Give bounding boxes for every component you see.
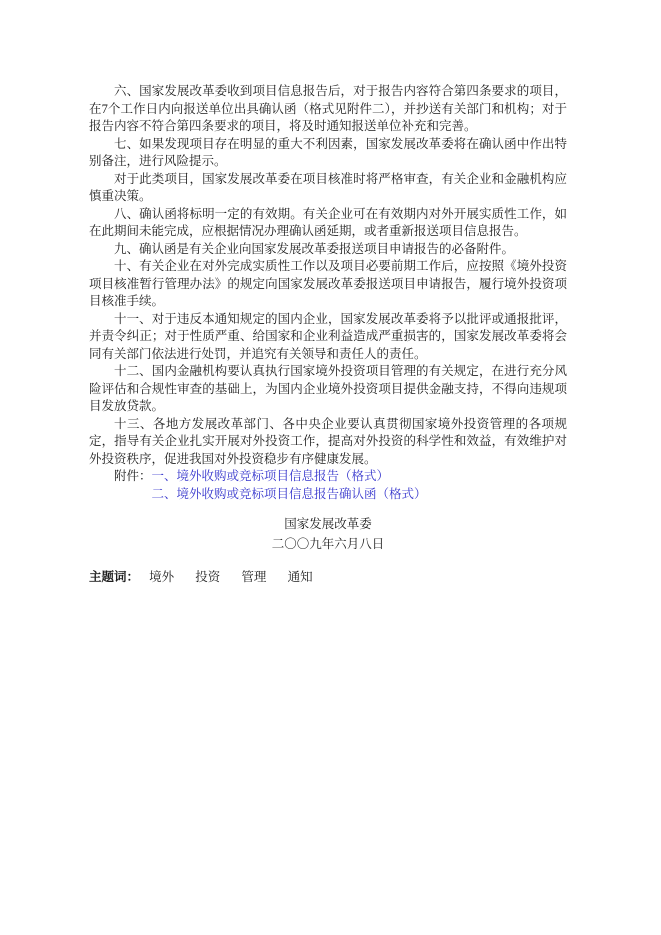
keyword-term-3: 管理 [241,570,266,584]
document-body: 六、国家发展改革委收到项目信息报告后，对于报告内容符合第四条要求的项目，在7个工… [89,83,567,587]
document-page: 六、国家发展改革委收到项目信息报告后，对于报告内容符合第四条要求的项目，在7个工… [0,0,661,935]
signature-issuer: 国家发展改革委 [89,515,567,535]
attachment-link-1[interactable]: 一、境外收购或竞标项目信息报告（格式） [152,468,390,486]
signature-date: 二〇〇九年六月八日 [89,535,567,555]
paragraph-item-12: 十二、国内金融机构要认真执行国家境外投资项目管理的有关规定，在进行充分风险评估和… [89,363,567,416]
attachment-link-2[interactable]: 二、境外收购或竞标项目信息报告确认函（格式） [152,486,427,504]
keyword-term-2: 投资 [195,570,220,584]
signature-block: 国家发展改革委 二〇〇九年六月八日 [89,515,567,554]
paragraph-item-13: 十三、各地方发展改革部门、各中央企业要认真贯彻国家境外投资管理的各项规定，指导有… [89,416,567,469]
paragraph-item-6: 六、国家发展改革委收到项目信息报告后，对于报告内容符合第四条要求的项目，在7个工… [89,83,567,136]
paragraph-item-11: 十一、对于违反本通知规定的国内企业，国家发展改革委将予以批评或通报批评，并责令纠… [89,311,567,364]
paragraph-item-9: 九、确认函是有关企业向国家发展改革委报送项目申请报告的必备附件。 [89,241,567,259]
paragraph-item-7-supplement: 对于此类项目，国家发展改革委在项目核准时将严格审查，有关企业和金融机构应慎重决策… [89,171,567,206]
paragraph-item-7: 七、如果发现项目存在明显的重大不利因素，国家发展改革委将在确认函中作出特别备注，… [89,136,567,171]
keyword-term-1: 境外 [149,570,174,584]
keyword-term-4: 通知 [288,570,313,584]
paragraph-item-8: 八、确认函将标明一定的有效期。有关企业可在有效期内对外开展实质性工作，如在此期间… [89,206,567,241]
paragraph-item-10: 十、有关企业在对外完成实质性工作以及项目必要前期工作后，应按照《境外投资项目核准… [89,258,567,311]
keywords-label: 主题词： [89,570,139,584]
attachments-list: 一、境外收购或竞标项目信息报告（格式） 二、境外收购或竞标项目信息报告确认函（格… [152,468,427,503]
attachments-label: 附件： [114,468,152,486]
attachments-block: 附件： 一、境外收购或竞标项目信息报告（格式） 二、境外收购或竞标项目信息报告确… [114,468,567,503]
keywords-line: 主题词： 境外 投资 管理 通知 [89,569,567,587]
